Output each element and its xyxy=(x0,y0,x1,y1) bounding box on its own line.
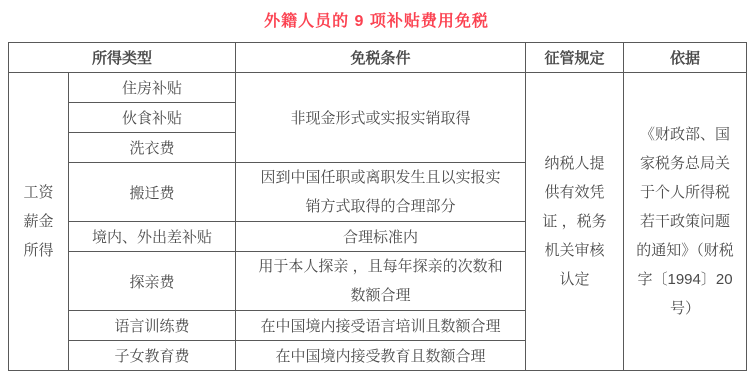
condition-cell-education: 在中国境内接受教育且数额合理 xyxy=(236,341,526,371)
page-title: 外籍人员的 9 项补贴费用免税 xyxy=(0,0,753,31)
item-cell-travel: 境内、外出差补贴 xyxy=(69,222,236,252)
header-basis: 依据 xyxy=(624,43,747,73)
regulation-cell: 纳税人提供有效凭证 ，税务机关审核认定 xyxy=(526,73,624,371)
subsidy-table: 所得类型 免税条件 征管规定 依据 工资薪金所得 住房补贴 非现金形式或实报实销… xyxy=(8,42,747,371)
item-cell-meals: 伙食补贴 xyxy=(69,103,236,133)
item-cell-family-visit: 探亲费 xyxy=(69,252,236,311)
condition-cell-noncash: 非现金形式或实报实销取得 xyxy=(236,73,526,163)
income-type-cell: 工资薪金所得 xyxy=(9,73,69,371)
header-condition: 免税条件 xyxy=(236,43,526,73)
item-cell-relocation: 搬迁费 xyxy=(69,163,236,222)
condition-cell-family-visit: 用于本人探亲 ，且每年探亲的次数和数额合理 xyxy=(236,252,526,311)
condition-cell-relocation: 因到中国任职或离职发生且以实报实销方式取得的合理部分 xyxy=(236,163,526,222)
income-type-label: 工资薪金所得 xyxy=(23,178,55,265)
header-regulation: 征管规定 xyxy=(526,43,624,73)
header-row: 所得类型 免税条件 征管规定 依据 xyxy=(9,43,747,73)
page: 外籍人员的 9 项补贴费用免税 所得类型 免税条件 征管规定 依据 工资薪金所得… xyxy=(0,0,753,371)
condition-text-relocation: 因到中国任职或离职发生且以实报实销方式取得的合理部分 xyxy=(256,163,506,221)
table-row: 工资薪金所得 住房补贴 非现金形式或实报实销取得 纳税人提供有效凭证 ，税务机关… xyxy=(9,73,747,103)
condition-cell-travel: 合理标准内 xyxy=(236,222,526,252)
basis-cell: 《财政部、国家税务总局关于个人所得税若干政策问题的通知》（财税字〔1994〕20… xyxy=(624,73,747,371)
item-cell-education: 子女教育费 xyxy=(69,341,236,371)
item-cell-language: 语言训练费 xyxy=(69,311,236,341)
item-cell-housing: 住房补贴 xyxy=(69,73,236,103)
condition-text-family-visit: 用于本人探亲 ，且每年探亲的次数和数额合理 xyxy=(256,252,506,310)
condition-cell-language: 在中国境内接受语言培训且数额合理 xyxy=(236,311,526,341)
header-income-type: 所得类型 xyxy=(9,43,236,73)
regulation-text: 纳税人提供有效凭证 ，税务机关审核认定 xyxy=(540,149,610,294)
basis-text: 《财政部、国家税务总局关于个人所得税若干政策问题的通知》（财税字〔1994〕20… xyxy=(636,120,734,323)
item-cell-laundry: 洗衣费 xyxy=(69,133,236,163)
